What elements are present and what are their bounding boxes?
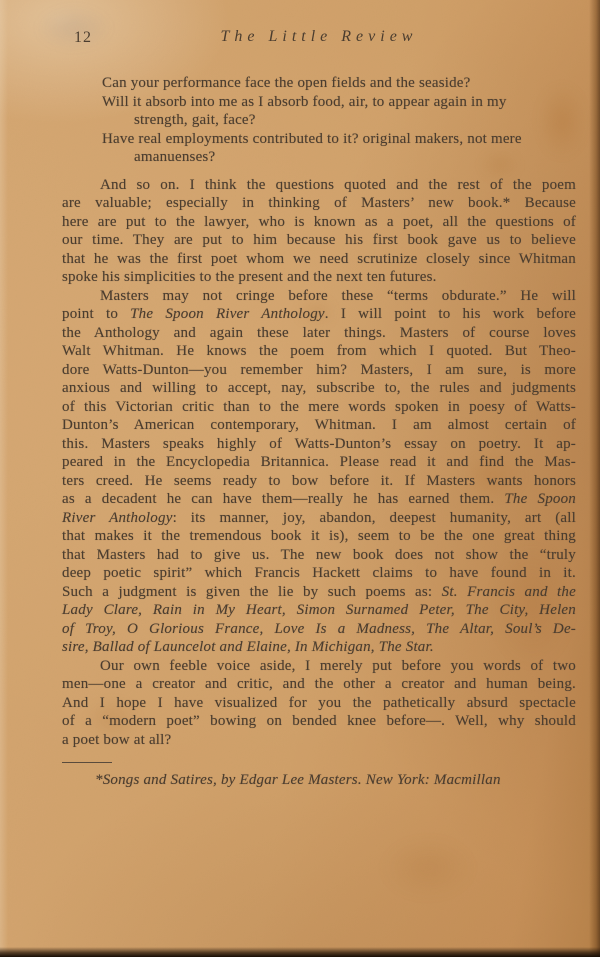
body-line: sire, Ballad of Launcelot and Elaine, In… — [62, 638, 576, 657]
text-segment: dore Watts-Dunton—you remember him? Mast… — [62, 362, 576, 378]
italic-text: The Spoon — [504, 491, 576, 507]
body-line: And I hope I have visualized for you the… — [62, 694, 576, 713]
body-line: Walt Whitman. He knows the poem from whi… — [62, 342, 576, 361]
page-number: 12 — [74, 29, 92, 47]
body-line: anxious and willing to accept, nay, subs… — [62, 379, 576, 398]
body-line: peared in the Encyclopedia Britannica. P… — [62, 453, 576, 472]
text-segment: And so on. I think the questions quoted … — [100, 177, 576, 193]
text-segment: that makes it the tremendous book it is)… — [62, 528, 576, 544]
text-segment: spoke his simplicities to the present an… — [62, 269, 437, 285]
body-line: our time. They are put to him because hi… — [62, 231, 576, 250]
text-block: 12 The Little Review Can your performanc… — [62, 28, 576, 790]
text-segment: amanuenses? — [134, 149, 215, 165]
text-segment: a poet bow at all? — [62, 732, 171, 748]
footnote-line: *Songs and Satires, by Edgar Lee Masters… — [95, 771, 576, 790]
text-segment: of this Victorian critic than to the mer… — [62, 399, 576, 415]
body-line: of a “modern poet” bowing on bended knee… — [62, 712, 576, 731]
text-segment: the Anthology and again these later thin… — [62, 325, 576, 341]
body-line: men—one a creator and critic, and the ot… — [62, 675, 576, 694]
footnote: *Songs and Satires, by Edgar Lee Masters… — [62, 771, 576, 790]
text-segment: that Masters had to give us. The new boo… — [62, 547, 576, 563]
text-segment: Have real employments contributed to it?… — [102, 131, 522, 147]
body-line: Our own feeble voice aside, I merely put… — [62, 657, 576, 676]
body-line: And so on. I think the questions quoted … — [62, 176, 576, 195]
body-text: And so on. I think the questions quoted … — [62, 176, 576, 750]
body-line: dore Watts-Dunton—you remember him? Mast… — [62, 361, 576, 380]
body-line: a poet bow at all? — [62, 731, 576, 750]
text-segment: Dunton’s American contemporary, Whitman.… — [62, 417, 576, 433]
text-segment: ters creed. He seems ready to bow before… — [62, 473, 576, 489]
running-title: The Little Review — [62, 28, 576, 46]
text-segment: anxious and willing to accept, nay, subs… — [62, 380, 576, 396]
text-segment: Masters may not cringe before these “ter… — [100, 288, 576, 304]
italic-text: River Anthology — [62, 510, 173, 526]
body-line: of this Victorian critic than to the mer… — [62, 398, 576, 417]
body-line: here are put to the lawyer, who is known… — [62, 213, 576, 232]
body-line: ters creed. He seems ready to bow before… — [62, 472, 576, 491]
poem-line: amanuenses? — [102, 148, 576, 167]
footnote-rule — [62, 762, 112, 763]
text-segment: Such a judgment is given the lie by such… — [62, 584, 442, 600]
italic-text: of Troy, O Glorious France, Love Is a Ma… — [62, 621, 576, 637]
text-segment: that he was the first poet whom we need … — [62, 251, 576, 267]
body-line: that Masters had to give us. The new boo… — [62, 546, 576, 565]
body-line: Lady Clare, Rain in My Heart, Simon Surn… — [62, 601, 576, 620]
text-segment: point to — [62, 306, 130, 322]
body-line: Dunton’s American contemporary, Whitman.… — [62, 416, 576, 435]
poem-line: strength, gait, face? — [102, 111, 576, 130]
text-segment: this. Masters speaks highly of Watts-Dun… — [62, 436, 576, 452]
italic-text: Lady Clare, Rain in My Heart, Simon Surn… — [62, 602, 576, 618]
body-line: are valuable; especially in thinking of … — [62, 194, 576, 213]
text-segment: Walt Whitman. He knows the poem from whi… — [62, 343, 576, 359]
body-line: the Anthology and again these later thin… — [62, 324, 576, 343]
body-line: point to The Spoon River Anthology. I wi… — [62, 305, 576, 324]
text-segment: of a “modern poet” bowing on bended knee… — [62, 713, 576, 729]
page-gutter-shadow — [589, 0, 600, 957]
body-line: spoke his simplicities to the present an… — [62, 268, 576, 287]
text-segment: deep poetic spirit” which Francis Hacket… — [62, 565, 576, 581]
text-segment: Will it absorb into me as I absorb food,… — [102, 94, 507, 110]
body-line: that he was the first poet whom we need … — [62, 250, 576, 269]
body-line: deep poetic spirit” which Francis Hacket… — [62, 564, 576, 583]
poem-line: Have real employments contributed to it?… — [102, 130, 576, 149]
body-line: Masters may not cringe before these “ter… — [62, 287, 576, 306]
body-line: River Anthology: its manner, joy, abando… — [62, 509, 576, 528]
italic-text: The Spoon River Anthology — [130, 306, 325, 322]
body-line: as a decadent he can have them—really he… — [62, 490, 576, 509]
text-segment: strength, gait, face? — [134, 112, 256, 128]
text-segment: Can your performance face the open field… — [102, 75, 471, 91]
paper-stain — [382, 837, 474, 899]
text-segment: Our own feeble voice aside, I merely put… — [100, 658, 576, 674]
text-segment: as a decadent he can have them—really he… — [62, 491, 504, 507]
text-segment: here are put to the lawyer, who is known… — [62, 214, 576, 230]
text-segment: are valuable; especially in thinking of … — [62, 195, 576, 211]
body-line: Such a judgment is given the lie by such… — [62, 583, 576, 602]
text-segment: men—one a creator and critic, and the ot… — [62, 676, 576, 692]
italic-text: St. Francis and the — [442, 584, 576, 600]
text-segment: peared in the Encyclopedia Britannica. P… — [62, 454, 576, 470]
text-segment: : its manner, joy, abandon, deepest huma… — [173, 510, 576, 526]
page-left-edge-highlight — [0, 0, 8, 957]
running-header: 12 The Little Review — [62, 28, 576, 48]
body-line: of Troy, O Glorious France, Love Is a Ma… — [62, 620, 576, 639]
italic-text: sire, Ballad of Launcelot and Elaine, In… — [62, 639, 434, 655]
italic-text: *Songs and Satires, by Edgar Lee Masters… — [95, 772, 501, 788]
scan-bottom-edge — [0, 947, 600, 957]
text-segment: And I hope I have visualized for you the… — [62, 695, 576, 711]
text-segment: our time. They are put to him because hi… — [62, 232, 576, 248]
poem-line: Can your performance face the open field… — [102, 74, 576, 93]
scanned-book-page: 12 The Little Review Can your performanc… — [0, 0, 600, 957]
text-segment: . I will point to his work before — [325, 306, 576, 322]
body-line: that makes it the tremendous book it is)… — [62, 527, 576, 546]
quoted-poem: Can your performance face the open field… — [62, 74, 576, 167]
body-line: this. Masters speaks highly of Watts-Dun… — [62, 435, 576, 454]
poem-line: Will it absorb into me as I absorb food,… — [102, 93, 576, 112]
